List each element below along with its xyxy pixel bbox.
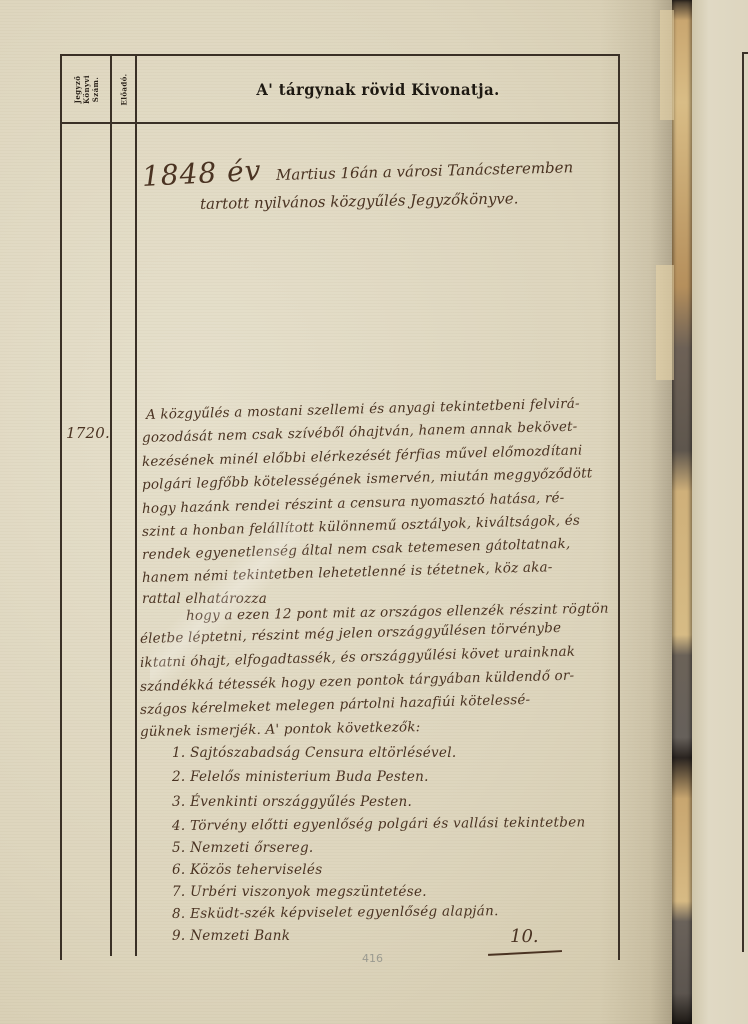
point-number: 3. [172,794,185,810]
point-item: 7. Urbéri viszonyok megszüntetése. [172,884,427,900]
book-spine [672,0,692,1024]
header-col-jegyzokonyvi-szam: Jegyző Könyvi Szám. [62,56,110,122]
table-left-rule [60,54,62,960]
point-text: Urbéri viszonyok megszüntetése. [190,884,427,900]
facing-page-rule [742,52,744,952]
header-bottom-rule [60,122,620,124]
point-item: 1. Sajtószabadság Censura eltörlésével. [172,745,456,761]
point-text: Esküdt-szék képviselet egyenlőség alapjá… [190,903,499,922]
point-number: 8. [172,906,186,922]
point-text: Évenkinti országgyűlés Pesten. [190,794,412,810]
header-title: A' tárgynak rövid Kivonatja. [157,56,599,122]
point-item: 6. Közös teherviselés [172,862,322,878]
point-item: 9. Nemzeti Bank [172,928,290,944]
facing-page-rule-top [742,52,748,54]
point-text: Nemzeti Bank [190,928,290,944]
point-text: Nemzeti őrsereg. [190,840,313,856]
point-text: Közös teherviselés [190,862,322,878]
repair-tape [660,10,674,120]
entry-heading-year: 1848 év [141,154,262,193]
paragraph1-line: rattal elhatározza [142,591,267,607]
point-number: 5. [172,840,185,856]
pencil-folio-number: 416 [362,952,383,965]
header-col1-label: Jegyző Könyvi Szám. [72,75,99,104]
point-item: 3. Évenkinti országgyűlés Pesten. [172,794,412,810]
continuation-marker: 10. [510,926,539,947]
point-number: 6. [172,862,185,878]
facing-page-edge [692,0,748,1024]
point-text: Sajtószabadság Censura eltörlésével. [190,745,456,761]
entry-number: 1720. [66,424,110,442]
page-fold-shadow [600,0,672,1024]
point-number: 2. [172,769,185,785]
point-number: 7. [172,884,185,900]
repair-tape [656,265,674,380]
column-divider-2 [135,56,137,956]
column-divider-1 [110,56,112,956]
point-text: Felelős ministerium Buda Pesten. [190,769,429,785]
header-col-eloado: Előadó. [112,56,135,122]
point-item: 8. Esküdt-szék képviselet egyenlőség ala… [172,903,499,922]
point-item: 5. Nemzeti őrsereg. [172,840,314,856]
point-item: 2. Felelős ministerium Buda Pesten. [172,769,429,785]
point-number: 4. [172,818,186,834]
point-number: 9. [172,928,185,944]
table-right-rule [618,54,620,960]
point-number: 1. [172,745,185,761]
header-col2-label: Előadó. [119,73,128,105]
